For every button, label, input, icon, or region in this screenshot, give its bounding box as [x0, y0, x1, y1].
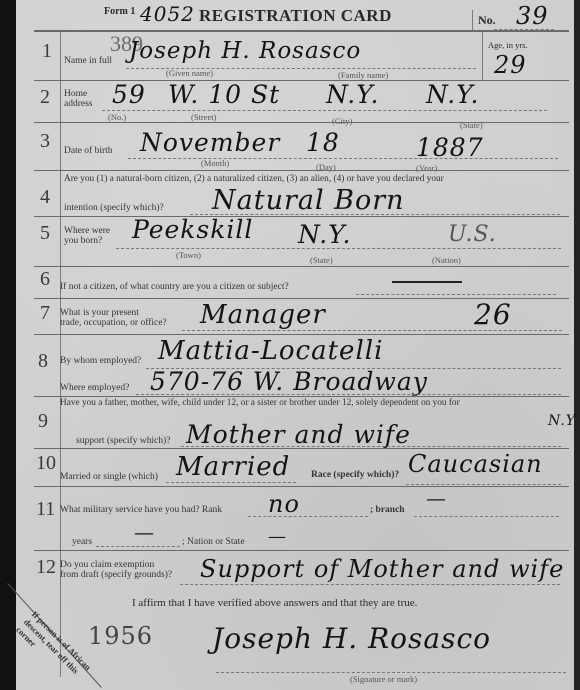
caption-street: (Street)	[191, 112, 217, 122]
dependents-value: Mother and wife	[186, 420, 411, 449]
scan-right-edge	[574, 0, 580, 690]
exemption-value: Support of Mother and wife	[200, 555, 564, 583]
caption-no: (No.)	[108, 112, 126, 122]
race-label: Race (specify which)?	[311, 470, 399, 480]
row-number-10: 10	[36, 452, 56, 475]
race-value: Caucasian	[408, 450, 543, 478]
birthplace-town: Peekskill	[132, 215, 253, 244]
row-number-3: 3	[40, 130, 50, 153]
foreign-citizen-label: If not a citizen, of what country are yo…	[60, 282, 289, 292]
nation-label: ; Nation or State	[182, 537, 245, 547]
age-label: Age, in yrs.	[488, 40, 528, 50]
row-number-4: 4	[40, 186, 50, 209]
address-number: 59	[112, 80, 146, 109]
row-number-11: 11	[36, 498, 55, 521]
address-state: N.Y.	[426, 80, 479, 109]
name-value: Joseph H. Rosasco	[129, 38, 361, 64]
employer-value: Mattia-Locatelli	[158, 336, 383, 366]
form-label: Form 1	[104, 6, 135, 17]
age-value: 29	[494, 51, 527, 79]
handwritten-number: 1956	[88, 622, 153, 650]
caption-year: (Year)	[416, 163, 437, 173]
occupation-label: What is your presenttrade, occupation, o…	[60, 308, 167, 328]
caption-city: (City)	[332, 116, 352, 126]
birthplace-label: Where wereyou born?	[64, 226, 110, 246]
birthplace-nation: U.S.	[448, 222, 497, 247]
dependents-question: Have you a father, mother, wife, child u…	[60, 398, 460, 408]
years-value: —	[134, 520, 155, 544]
dob-day: 18	[306, 128, 340, 157]
caption-given-name: (Given name)	[166, 68, 213, 78]
caption-state-born: (State)	[310, 255, 333, 265]
military-rank-value: no	[268, 490, 300, 518]
affirmation-text: I affirm that I have verified above answ…	[132, 597, 417, 609]
dob-month: November	[140, 128, 280, 157]
employer-label: By whom employed?	[60, 356, 141, 366]
card-no-label: No.	[478, 13, 496, 28]
marital-value: Married	[176, 452, 290, 482]
citizenship-question: Are you (1) a natural-born citizen, (2) …	[64, 174, 444, 184]
nation-value: —	[268, 526, 287, 547]
dependents-label: support (specify which)?	[76, 436, 170, 446]
address-street: W. 10 St	[168, 80, 280, 109]
foreign-citizen-dash	[392, 281, 462, 283]
address-label: Homeaddress	[64, 89, 93, 109]
caption-town: (Town)	[176, 250, 201, 260]
caption-month: (Month)	[201, 158, 229, 168]
dob-label: Date of birth	[64, 146, 113, 156]
registration-card: Form 1 4052 REGISTRATION CARD No. 39 1 3…	[16, 0, 574, 690]
occupation-value: Manager	[200, 300, 326, 330]
military-label: What military service have you had? Rank	[60, 505, 222, 515]
where-employed-value: 570-76 W. Broadway	[150, 367, 428, 396]
row-number-7: 7	[40, 302, 50, 325]
scan-left-edge	[0, 0, 16, 690]
row-number-8: 8	[38, 350, 48, 373]
signature-caption: (Signature or mark)	[350, 674, 417, 684]
caption-family-name: (Family name)	[338, 70, 388, 80]
branch-value: —	[426, 486, 447, 510]
exemption-label: Do you claim exemptionfrom draft (specif…	[60, 560, 172, 580]
where-employed-label: Where employed?	[60, 383, 129, 393]
caption-nation: (Nation)	[432, 255, 461, 265]
marital-label: Married or single (which)	[60, 472, 158, 482]
years-label: years	[72, 537, 92, 547]
card-title: REGISTRATION CARD	[199, 6, 392, 26]
row-number-5: 5	[40, 222, 50, 245]
signature: Joseph H. Rosasco	[212, 622, 491, 655]
row-number-2: 2	[40, 86, 50, 109]
citizenship-value: Natural Born	[212, 185, 405, 216]
citizenship-label: intention (specify which)?	[64, 203, 164, 213]
card-no-value: 39	[516, 2, 549, 30]
occupation-note: 26	[474, 298, 512, 331]
handwritten-serial: 4052	[140, 2, 195, 26]
branch-label: ; branch	[370, 505, 405, 515]
row-number-1: 1	[42, 40, 52, 63]
row-number-6: 6	[40, 268, 50, 291]
row-number-9: 9	[38, 410, 48, 433]
name-label: Name in full	[64, 56, 112, 66]
row-number-12: 12	[36, 556, 56, 579]
address-city: N.Y.	[326, 80, 379, 109]
birthplace-state: N.Y.	[298, 220, 351, 249]
